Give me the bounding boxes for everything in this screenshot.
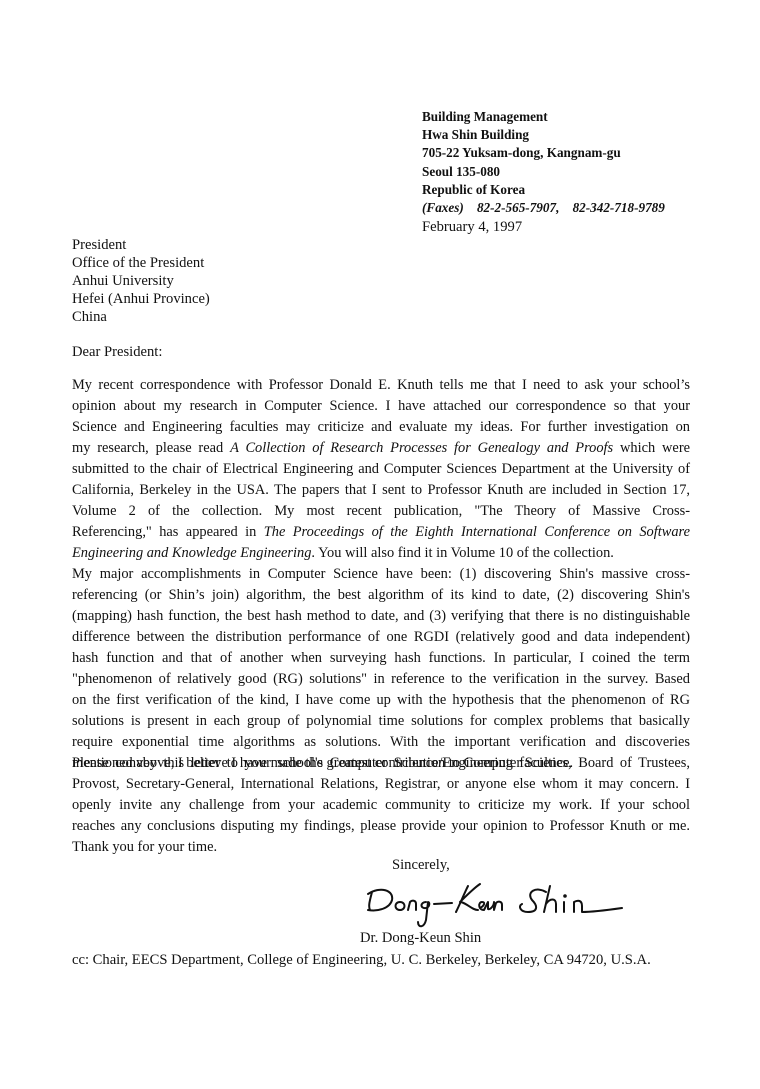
salutation: Dear President: [72, 343, 162, 361]
text-run: Referencing," has appeared in [72, 524, 264, 540]
text-line: My recent correspondence with Professor … [72, 375, 690, 396]
text-line: reaches any conclusions disputing my fin… [72, 816, 690, 837]
fax-number: 82-342-718-9789 [573, 200, 665, 215]
handwritten-signature [360, 872, 630, 932]
fax-numbers: (Faxes) 82-2-565-7907, 82-342-718-9789 [422, 199, 665, 217]
recipient-line: Hefei (Anhui Province) [72, 290, 210, 308]
sender-line: Seoul 135-080 [422, 163, 665, 181]
text-line: Please convey this letter to your school… [72, 753, 690, 774]
text-line: on the first verification of the kind, I… [72, 690, 690, 711]
sender-line: Republic of Korea [422, 181, 665, 199]
text-line: openly invite any challenge from your ac… [72, 795, 690, 816]
text-line: difference between the distribution perf… [72, 627, 690, 648]
recipient-line: President [72, 236, 210, 254]
text-line: Thank you for your time. [72, 837, 690, 858]
book-title: A Collection of Research Processes for G… [230, 440, 613, 456]
text-line: require exponential time algorithms as s… [72, 732, 690, 753]
signer-name: Dr. Dong-Keun Shin [360, 929, 481, 947]
text-line: My major accomplishments in Computer Sci… [72, 564, 690, 585]
text-run: my research, please read [72, 440, 230, 456]
sender-line: 705-22 Yuksam-dong, Kangnam-gu [422, 144, 665, 162]
letter-date: February 4, 1997 [422, 218, 522, 236]
body-paragraph-2: My major accomplishments in Computer Sci… [72, 564, 690, 774]
sender-address-block: Building Management Hwa Shin Building 70… [422, 108, 665, 217]
body-paragraph-1: My recent correspondence with Professor … [72, 375, 690, 564]
proceedings-title-cont: Engineering and Knowledge Engineering [72, 545, 311, 561]
text-line: Provost, Secretary-General, Internationa… [72, 774, 690, 795]
text-run: . You will also find it in Volume 10 of … [311, 545, 613, 561]
text-line: California, Berkeley in the USA. The pap… [72, 480, 690, 501]
text-run: which were [613, 440, 690, 456]
fax-label: (Faxes) [422, 200, 464, 215]
body-paragraph-3: Please convey this letter to your school… [72, 753, 690, 858]
carbon-copy-line: cc: Chair, EECS Department, College of E… [72, 951, 651, 969]
text-line: (mapping) hash function, the best hash m… [72, 606, 690, 627]
text-line: opinion about my research in Computer Sc… [72, 396, 690, 417]
text-line: Volume 2 of the collection. My most rece… [72, 501, 690, 522]
recipient-line: China [72, 308, 210, 326]
proceedings-title: The Proceedings of the Eighth Internatio… [264, 524, 690, 540]
recipient-line: Office of the President [72, 254, 210, 272]
recipient-line: Anhui University [72, 272, 210, 290]
letter-page: Building Management Hwa Shin Building 70… [0, 0, 760, 1089]
text-line: "phenomenon of relatively good (RG) solu… [72, 669, 690, 690]
text-line: Science and Engineering faculties may cr… [72, 417, 690, 438]
fax-number: 82-2-565-7907, [477, 200, 559, 215]
text-line: Referencing," has appeared in The Procee… [72, 522, 690, 543]
text-line: hash function and that of another when s… [72, 648, 690, 669]
text-line: submitted to the chair of Electrical Eng… [72, 459, 690, 480]
text-line: referencing (or Shin’s join) algorithm, … [72, 585, 690, 606]
recipient-address-block: President Office of the President Anhui … [72, 236, 210, 326]
text-line: solutions is present in each group of po… [72, 711, 690, 732]
sender-line: Building Management [422, 108, 665, 126]
sender-line: Hwa Shin Building [422, 126, 665, 144]
text-line: my research, please read A Collection of… [72, 438, 690, 459]
text-line: Engineering and Knowledge Engineering. Y… [72, 543, 690, 564]
